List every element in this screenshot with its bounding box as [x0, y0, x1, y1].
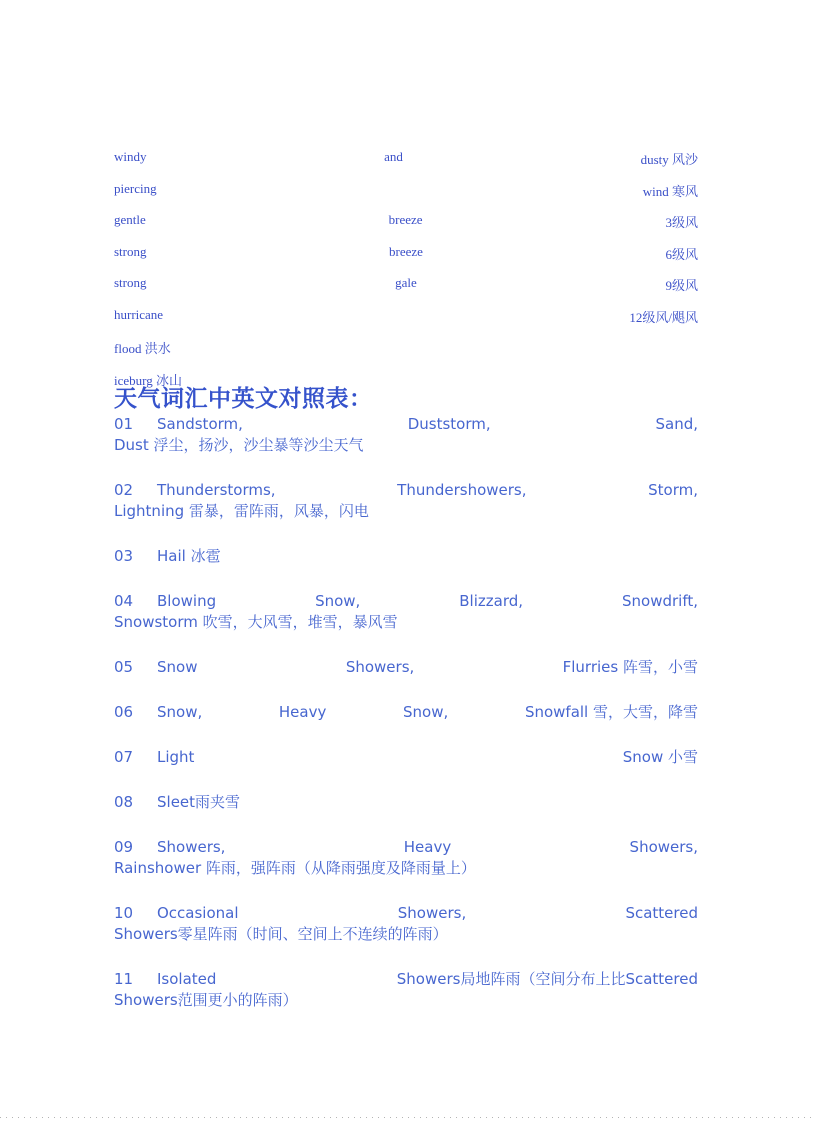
item-first-line: 05SnowShowers,Flurries 阵雪，小雪	[114, 657, 698, 678]
item-continuation: Showers零星阵雨（时间、空间上不连续的阵雨）	[114, 924, 698, 945]
item-word: Hail 冰雹	[157, 546, 221, 567]
item-number: 05	[114, 657, 157, 678]
item-first-line: 02Thunderstorms,Thundershowers,Storm,	[114, 480, 698, 501]
wind-vocab-word: breeze	[389, 212, 423, 228]
item-number: 11	[114, 969, 157, 990]
wind-vocab-word: hurricane	[114, 307, 163, 323]
wind-vocab-list: windyanddusty 风沙piercingwind 寒风gentlebre…	[114, 146, 698, 398]
item-first-line: 11IsolatedShowers局地阵雨（空间分布上比Scattered	[114, 969, 698, 990]
item-word: Showers,	[630, 837, 698, 858]
item-first-line: 08Sleet雨夹雪	[114, 792, 698, 813]
item-word: Sleet雨夹雪	[157, 792, 240, 813]
item-word: Blizzard,	[459, 591, 523, 612]
wind-vocab-word: windy	[114, 149, 147, 165]
item-word: Isolated	[157, 969, 216, 990]
document-page: windyanddusty 风沙piercingwind 寒风gentlebre…	[0, 0, 816, 1123]
item-number: 08	[114, 792, 157, 813]
vocab-items: 01Sandstorm,Duststorm,Sand,Dust 浮尘，扬沙，沙尘…	[114, 414, 698, 1035]
item-word: Heavy	[279, 702, 326, 723]
item-word: Occasional	[157, 903, 239, 924]
item-word: Blowing	[157, 591, 216, 612]
item-words: BlowingSnow,Blizzard,Snowdrift,	[157, 591, 698, 612]
item-words: Sleet雨夹雪	[157, 792, 698, 813]
vocab-item: 09Showers,HeavyShowers,Rainshower 阵雨，强阵雨…	[114, 837, 698, 879]
item-word: Sandstorm,	[157, 414, 243, 435]
item-word: Heavy	[404, 837, 451, 858]
item-word: Sand,	[655, 414, 698, 435]
wind-vocab-line: gentlebreeze3级风	[114, 209, 698, 241]
item-number: 02	[114, 480, 157, 501]
wind-vocab-word: flood 洪水	[114, 338, 171, 357]
wind-vocab-line: stronggale9级风	[114, 272, 698, 304]
item-first-line: 10OccasionalShowers,Scattered	[114, 903, 698, 924]
item-word: Duststorm,	[408, 414, 491, 435]
wind-vocab-word: 9级风	[665, 275, 698, 294]
item-words: Sandstorm,Duststorm,Sand,	[157, 414, 698, 435]
item-first-line: 04BlowingSnow,Blizzard,Snowdrift,	[114, 591, 698, 612]
item-word: Showers局地阵雨（空间分布上比Scattered	[397, 969, 698, 990]
item-word: Showers,	[346, 657, 414, 678]
item-continuation: Showers范围更小的阵雨）	[114, 990, 698, 1011]
item-number: 09	[114, 837, 157, 858]
item-word: Showers,	[398, 903, 466, 924]
item-word: Snowdrift,	[622, 591, 698, 612]
item-word: Flurries 阵雪，小雪	[563, 657, 698, 678]
vocab-item: 03Hail 冰雹	[114, 546, 698, 567]
item-word: Snow	[157, 657, 197, 678]
vocab-item: 04BlowingSnow,Blizzard,Snowdrift,Snowsto…	[114, 591, 698, 633]
wind-vocab-word: 12级风/飓风	[629, 307, 698, 326]
wind-vocab-word: and	[384, 149, 403, 165]
wind-vocab-word: wind 寒风	[643, 181, 698, 200]
wind-vocab-word: gentle	[114, 212, 146, 228]
item-number: 04	[114, 591, 157, 612]
vocab-item: 02Thunderstorms,Thundershowers,Storm,Lig…	[114, 480, 698, 522]
wind-vocab-word: strong	[114, 275, 147, 291]
item-word: Snowfall 雪，大雪，降雪	[525, 702, 698, 723]
vocab-item: 08Sleet雨夹雪	[114, 792, 698, 813]
item-words: Showers,HeavyShowers,	[157, 837, 698, 858]
item-number: 10	[114, 903, 157, 924]
section-heading: 天气词汇中英文对照表：	[114, 385, 373, 412]
wind-vocab-word: strong	[114, 244, 147, 260]
item-first-line: 09Showers,HeavyShowers,	[114, 837, 698, 858]
item-number: 07	[114, 747, 157, 768]
item-word: Snow 小雪	[623, 747, 698, 768]
item-word: Snow,	[157, 702, 202, 723]
item-words: OccasionalShowers,Scattered	[157, 903, 698, 924]
wind-vocab-word: piercing	[114, 181, 157, 197]
item-continuation: Dust 浮尘，扬沙，沙尘暴等沙尘天气	[114, 435, 698, 456]
item-words: LightSnow 小雪	[157, 747, 698, 768]
item-words: Hail 冰雹	[157, 546, 698, 567]
wind-vocab-line: strongbreeze6级风	[114, 241, 698, 273]
wind-vocab-line: windyanddusty 风沙	[114, 146, 698, 178]
vocab-item: 05SnowShowers,Flurries 阵雪，小雪	[114, 657, 698, 678]
wind-vocab-word: breeze	[389, 244, 423, 260]
wind-vocab-word: 6级风	[665, 244, 698, 263]
item-word: Snow,	[315, 591, 360, 612]
wind-vocab-line: piercingwind 寒风	[114, 178, 698, 210]
item-number: 03	[114, 546, 157, 567]
item-continuation: Rainshower 阵雨，强阵雨（从降雨强度及降雨量上）	[114, 858, 698, 879]
item-word: Light	[157, 747, 194, 768]
item-word: Storm,	[648, 480, 698, 501]
item-continuation: Lightning 雷暴，雷阵雨，风暴，闪电	[114, 501, 698, 522]
item-word: Showers,	[157, 837, 225, 858]
wind-vocab-word: dusty 风沙	[641, 149, 698, 168]
item-words: Thunderstorms,Thundershowers,Storm,	[157, 480, 698, 501]
wind-vocab-word: 3级风	[665, 212, 698, 231]
item-words: Snow,HeavySnow,Snowfall 雪，大雪，降雪	[157, 702, 698, 723]
item-word: Snow,	[403, 702, 448, 723]
wind-vocab-line: flood 洪水	[114, 335, 698, 367]
item-number: 06	[114, 702, 157, 723]
item-first-line: 01Sandstorm,Duststorm,Sand,	[114, 414, 698, 435]
item-first-line: 07LightSnow 小雪	[114, 747, 698, 768]
item-first-line: 06Snow,HeavySnow,Snowfall 雪，大雪，降雪	[114, 702, 698, 723]
vocab-item: 07LightSnow 小雪	[114, 747, 698, 768]
vocab-item: 10OccasionalShowers,ScatteredShowers零星阵雨…	[114, 903, 698, 945]
wind-vocab-word: gale	[395, 275, 417, 291]
item-word: Thunderstorms,	[157, 480, 276, 501]
page-break-dotted-line	[0, 1117, 816, 1118]
item-word: Scattered	[625, 903, 698, 924]
item-first-line: 03Hail 冰雹	[114, 546, 698, 567]
vocab-item: 01Sandstorm,Duststorm,Sand,Dust 浮尘，扬沙，沙尘…	[114, 414, 698, 456]
vocab-item: 06Snow,HeavySnow,Snowfall 雪，大雪，降雪	[114, 702, 698, 723]
item-continuation: Snowstorm 吹雪，大风雪，堆雪，暴风雪	[114, 612, 698, 633]
vocab-item: 11IsolatedShowers局地阵雨（空间分布上比ScatteredSho…	[114, 969, 698, 1011]
item-number: 01	[114, 414, 157, 435]
item-word: Thundershowers,	[397, 480, 526, 501]
item-words: SnowShowers,Flurries 阵雪，小雪	[157, 657, 698, 678]
item-words: IsolatedShowers局地阵雨（空间分布上比Scattered	[157, 969, 698, 990]
wind-vocab-line: hurricane12级风/飓风	[114, 304, 698, 336]
